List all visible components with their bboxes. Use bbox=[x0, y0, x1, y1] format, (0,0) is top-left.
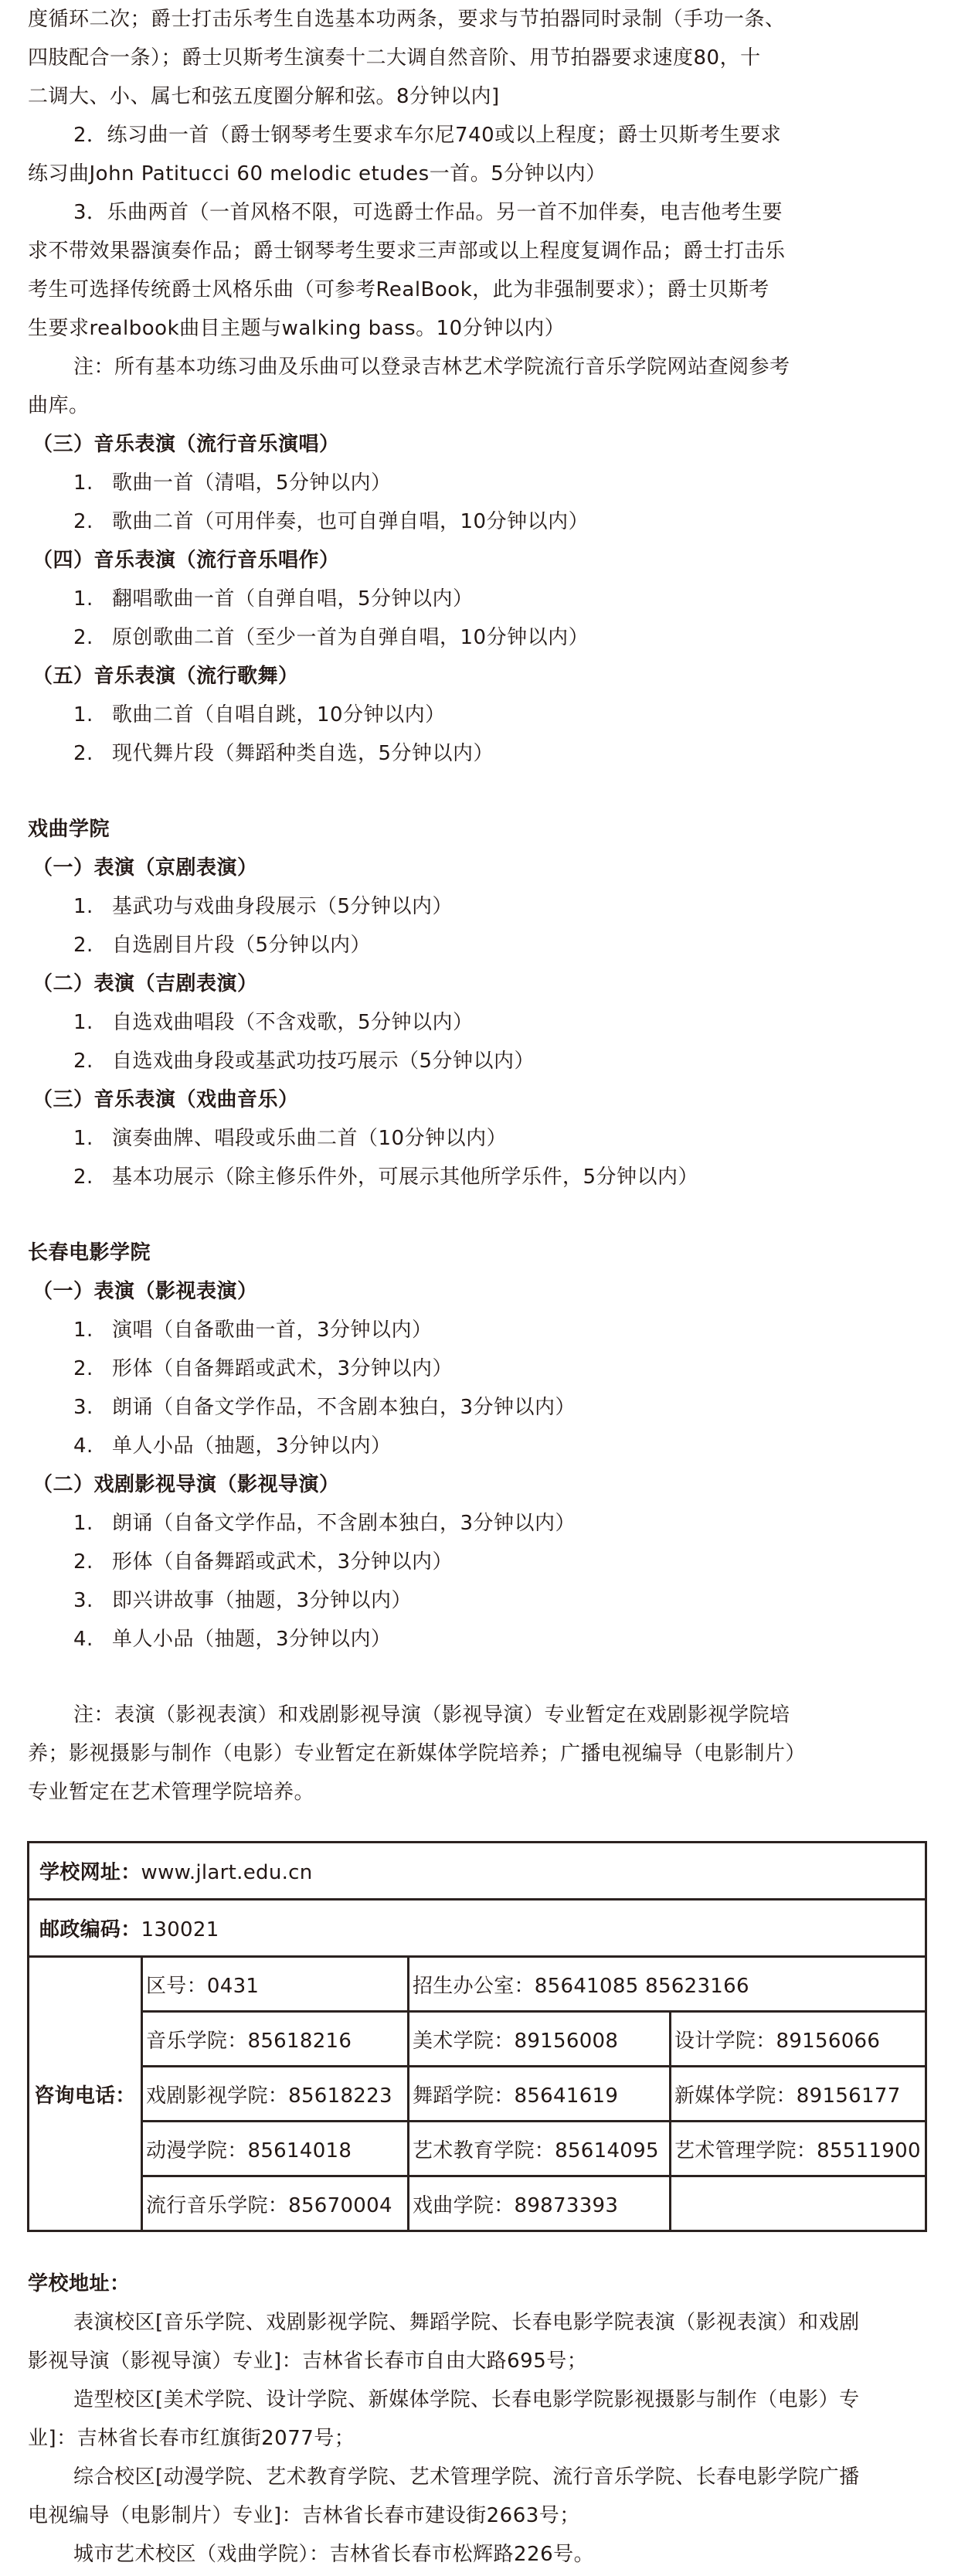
item-text: 歌曲一首（清唱，5分钟以内） bbox=[112, 471, 392, 495]
item-text: 原创歌曲二首（至少一首为自弹自唱，10分钟以内） bbox=[112, 626, 589, 649]
item-text: 现代舞片段（舞蹈种类自选，5分钟以内） bbox=[112, 742, 494, 765]
item-text: 即兴讲故事（抽题，3分钟以内） bbox=[112, 1589, 412, 1612]
text-line: 业]：吉林省长春市红旗街2077号； bbox=[28, 2419, 930, 2458]
item-text: 朗诵（自备文学作品，不含剧本独白，3分钟以内） bbox=[112, 1396, 576, 1419]
section-heading: （二）表演（吉剧表演） bbox=[28, 965, 930, 1003]
list-item: 1.歌曲二首（自唱自跳，10分钟以内） bbox=[28, 696, 930, 734]
item-text: 单人小品（抽题，3分钟以内） bbox=[112, 1628, 392, 1651]
list-item: 2.自选剧目片段（5分钟以内） bbox=[28, 926, 930, 965]
list-item: 1.基武功与戏曲身段展示（5分钟以内） bbox=[28, 887, 930, 926]
list-item: 4.单人小品（抽题，3分钟以内） bbox=[28, 1427, 930, 1465]
item-text: 歌曲二首（可用伴奏，也可自弹自唱，10分钟以内） bbox=[112, 510, 589, 533]
item-number: 1. bbox=[73, 1504, 112, 1543]
item-text: 自选戏曲唱段（不含戏歌，5分钟以内） bbox=[112, 1011, 474, 1034]
item-number: 1. bbox=[73, 887, 112, 926]
item-number: 4. bbox=[73, 1427, 112, 1465]
text-line: 练习曲John Patitucci 60 melodic etudes一首。5分… bbox=[28, 155, 930, 193]
list-item: 2.歌曲二首（可用伴奏，也可自弹自唱，10分钟以内） bbox=[28, 502, 930, 541]
website-row: 学校网址：www.jlart.edu.cn bbox=[29, 1843, 926, 1900]
list-item: 4.单人小品（抽题，3分钟以内） bbox=[28, 1620, 930, 1659]
item-text: 演唱（自备歌曲一首，3分钟以内） bbox=[112, 1319, 433, 1342]
phone-cell: 艺术管理学院：85511900 bbox=[671, 2122, 926, 2176]
item-text: 形体（自备舞蹈或武术，3分钟以内） bbox=[112, 1550, 453, 1574]
item-text: 翻唱歌曲一首（自弹自唱，5分钟以内） bbox=[112, 587, 474, 611]
film-note: 注：表演（影视表演）和戏剧影视导演（影视导演）专业暂定在戏剧影视学院培 bbox=[28, 1696, 930, 1734]
spacer bbox=[28, 1659, 930, 1696]
item-text: 形体（自备舞蹈或武术，3分钟以内） bbox=[112, 1357, 453, 1380]
postcode-label: 邮政编码： bbox=[39, 1918, 141, 1941]
item-number: 1. bbox=[73, 1311, 112, 1349]
address-title: 学校地址： bbox=[28, 2265, 930, 2303]
item-number: 1. bbox=[73, 1119, 112, 1158]
text-line: 生要求realbook曲目主题与walking bass。10分钟以内） bbox=[28, 309, 930, 348]
phone-cell: 设计学院：89156066 bbox=[671, 2012, 926, 2067]
item-number: 2. bbox=[73, 1042, 112, 1080]
item-number: 2. bbox=[73, 926, 112, 965]
opera-college: 戏曲学院 （一）表演（京剧表演） 1.基武功与戏曲身段展示（5分钟以内） 2.自… bbox=[28, 810, 930, 1196]
text-line: 专业暂定在艺术管理学院培养。 bbox=[28, 1773, 930, 1812]
list-item: 2.自选戏曲身段或基武功技巧展示（5分钟以内） bbox=[28, 1042, 930, 1080]
item-number: 2. bbox=[73, 1349, 112, 1388]
list-item: 2.基本功展示（除主修乐件外，可展示其他所学乐件，5分钟以内） bbox=[28, 1158, 930, 1196]
phone-cell: 舞蹈学院：85641619 bbox=[409, 2067, 671, 2122]
school-address: 学校地址： 表演校区[音乐学院、戏剧影视学院、舞蹈学院、长春电影学院表演（影视表… bbox=[28, 2265, 930, 2574]
text-line: 养；影视摄影与制作（电影）专业暂定在新媒体学院培养；广播电视编导（电影制片） bbox=[28, 1734, 930, 1773]
list-item: 1.自选戏曲唱段（不含戏歌，5分钟以内） bbox=[28, 1003, 930, 1042]
website-link[interactable]: www.jlart.edu.cn bbox=[141, 1861, 313, 1884]
text-line: 曲库。 bbox=[28, 386, 930, 425]
spacer bbox=[28, 1196, 930, 1234]
campus-city-arts: 城市艺术校区（戏曲学院）：吉林省长春市松辉路226号。 bbox=[28, 2535, 930, 2574]
item-number: 4. bbox=[73, 1620, 112, 1659]
phone-cell: 音乐学院：85618216 bbox=[142, 2012, 409, 2067]
item-number: 2. bbox=[73, 1543, 112, 1581]
postcode-row: 邮政编码：130021 bbox=[29, 1900, 926, 1957]
postcode-value: 130021 bbox=[141, 1918, 219, 1941]
list-item: 2.现代舞片段（舞蹈种类自选，5分钟以内） bbox=[28, 734, 930, 773]
list-item: 1.朗诵（自备文学作品，不含剧本独白，3分钟以内） bbox=[28, 1504, 930, 1543]
phone-cell: 戏曲学院：89873393 bbox=[409, 2176, 671, 2231]
section-heading: （五）音乐表演（流行歌舞） bbox=[28, 657, 930, 696]
film-college: 长春电影学院 （一）表演（影视表演） 1.演唱（自备歌曲一首，3分钟以内） 2.… bbox=[28, 1234, 930, 1812]
phone-cell: 流行音乐学院：85670004 bbox=[142, 2176, 409, 2231]
section-heading: （三）音乐表演（流行音乐演唱） bbox=[28, 425, 930, 464]
document-body: 度循环二次；爵士打击乐考生自选基本功两条，要求与节拍器同时录制（手功一条、 四肢… bbox=[28, 0, 930, 1812]
list-item: 1.翻唱歌曲一首（自弹自唱，5分钟以内） bbox=[28, 580, 930, 618]
item-text: 单人小品（抽题，3分钟以内） bbox=[112, 1434, 392, 1458]
item-number: 2. bbox=[73, 1158, 112, 1196]
list-item: 1.演唱（自备歌曲一首，3分钟以内） bbox=[28, 1311, 930, 1349]
item-text: 自选戏曲身段或基武功技巧展示（5分钟以内） bbox=[112, 1050, 535, 1073]
item-number: 1. bbox=[73, 1003, 112, 1042]
college-title: 戏曲学院 bbox=[28, 810, 930, 849]
text-line: 四肢配合一条）；爵士贝斯考生演奏十二大调自然音阶、用节拍器要求速度80，十 bbox=[28, 39, 930, 77]
phone-cell: 戏剧影视学院：85618223 bbox=[142, 2067, 409, 2122]
section-heading: （三）音乐表演（戏曲音乐） bbox=[28, 1080, 930, 1119]
phone-label: 咨询电话： bbox=[29, 1957, 142, 2231]
item-text: 歌曲二首（自唱自跳，10分钟以内） bbox=[112, 703, 446, 727]
item-number: 2. bbox=[73, 502, 112, 541]
pop-music-sections: （三）音乐表演（流行音乐演唱） 1.歌曲一首（清唱，5分钟以内） 2.歌曲二首（… bbox=[28, 425, 930, 773]
list-item: 2.原创歌曲二首（至少一首为自弹自唱，10分钟以内） bbox=[28, 618, 930, 657]
contact-table: 学校网址：www.jlart.edu.cn 邮政编码：130021 咨询电话： … bbox=[27, 1841, 927, 2232]
text-line: 二调大、小、属七和弦五度圈分解和弦。8分钟以内] bbox=[28, 77, 930, 116]
admissions-office-phone: 招生办公室：85641085 85623166 bbox=[409, 1957, 926, 2012]
repertoire-note: 注：所有基本功练习曲及乐曲可以登录吉林艺术学院流行音乐学院网站查阅参考 bbox=[28, 348, 930, 386]
item-number: 2. bbox=[73, 734, 112, 773]
section-heading: （二）戏剧影视导演（影视导演） bbox=[28, 1465, 930, 1504]
list-item: 3.朗诵（自备文学作品，不含剧本独白，3分钟以内） bbox=[28, 1388, 930, 1427]
text-line: 考生可选择传统爵士风格乐曲（可参考RealBook，此为非强制要求）；爵士贝斯考 bbox=[28, 271, 930, 309]
phone-cell: 艺术教育学院：85614095 bbox=[409, 2122, 671, 2176]
campus-visual-arts: 造型校区[美术学院、设计学院、新媒体学院、长春电影学院影视摄影与制作（电影）专 bbox=[28, 2380, 930, 2419]
phone-cell: 美术学院：89156008 bbox=[409, 2012, 671, 2067]
item-number: 1. bbox=[73, 696, 112, 734]
item-number: 1. bbox=[73, 580, 112, 618]
phone-cell-empty bbox=[671, 2176, 926, 2231]
list-item: 1.歌曲一首（清唱，5分钟以内） bbox=[28, 464, 930, 502]
item-number: 3. bbox=[73, 1581, 112, 1620]
item-text: 朗诵（自备文学作品，不含剧本独白，3分钟以内） bbox=[112, 1512, 576, 1535]
section-heading: （四）音乐表演（流行音乐唱作） bbox=[28, 541, 930, 580]
list-item: 2.形体（自备舞蹈或武术，3分钟以内） bbox=[28, 1543, 930, 1581]
jazz-requirements: 度循环二次；爵士打击乐考生自选基本功两条，要求与节拍器同时录制（手功一条、 四肢… bbox=[28, 0, 930, 425]
text-line: 度循环二次；爵士打击乐考生自选基本功两条，要求与节拍器同时录制（手功一条、 bbox=[28, 0, 930, 39]
area-code: 区号：0431 bbox=[142, 1957, 409, 2012]
phone-cell: 动漫学院：85614018 bbox=[142, 2122, 409, 2176]
list-item: 1.演奏曲牌、唱段或乐曲二首（10分钟以内） bbox=[28, 1119, 930, 1158]
phone-cell: 新媒体学院：89156177 bbox=[671, 2067, 926, 2122]
text-line: 电视编导（电影制片）专业]：吉林省长春市建设街2663号； bbox=[28, 2496, 930, 2535]
item-text: 基武功与戏曲身段展示（5分钟以内） bbox=[112, 895, 453, 918]
item-number: 1. bbox=[73, 464, 112, 502]
campus-performance: 表演校区[音乐学院、戏剧影视学院、舞蹈学院、长春电影学院表演（影视表演）和戏剧 bbox=[28, 2303, 930, 2342]
section-heading: （一）表演（影视表演） bbox=[28, 1272, 930, 1311]
college-title: 长春电影学院 bbox=[28, 1234, 930, 1272]
section-heading: （一）表演（京剧表演） bbox=[28, 849, 930, 887]
list-item: 3.即兴讲故事（抽题，3分钟以内） bbox=[28, 1581, 930, 1620]
item-number: 2. bbox=[73, 618, 112, 657]
item-number: 3. bbox=[73, 1388, 112, 1427]
item-text: 自选剧目片段（5分钟以内） bbox=[112, 934, 371, 957]
website-label: 学校网址： bbox=[39, 1861, 141, 1884]
item-etude: 2．练习曲一首（爵士钢琴考生要求车尔尼740或以上程度；爵士贝斯考生要求 bbox=[28, 116, 930, 155]
list-item: 2.形体（自备舞蹈或武术，3分钟以内） bbox=[28, 1349, 930, 1388]
campus-comprehensive: 综合校区[动漫学院、艺术教育学院、艺术管理学院、流行音乐学院、长春电影学院广播 bbox=[28, 2458, 930, 2496]
item-pieces: 3．乐曲两首（一首风格不限，可选爵士作品。另一首不加伴奏，电吉他考生要 bbox=[28, 193, 930, 232]
item-text: 演奏曲牌、唱段或乐曲二首（10分钟以内） bbox=[112, 1127, 507, 1150]
text-line: 影视导演（影视导演）专业]：吉林省长春市自由大路695号； bbox=[28, 2342, 930, 2380]
spacer bbox=[28, 773, 930, 810]
item-text: 基本功展示（除主修乐件外，可展示其他所学乐件，5分钟以内） bbox=[112, 1165, 698, 1189]
text-line: 求不带效果器演奏作品；爵士钢琴考生要求三声部或以上程度复调作品；爵士打击乐 bbox=[28, 232, 930, 271]
